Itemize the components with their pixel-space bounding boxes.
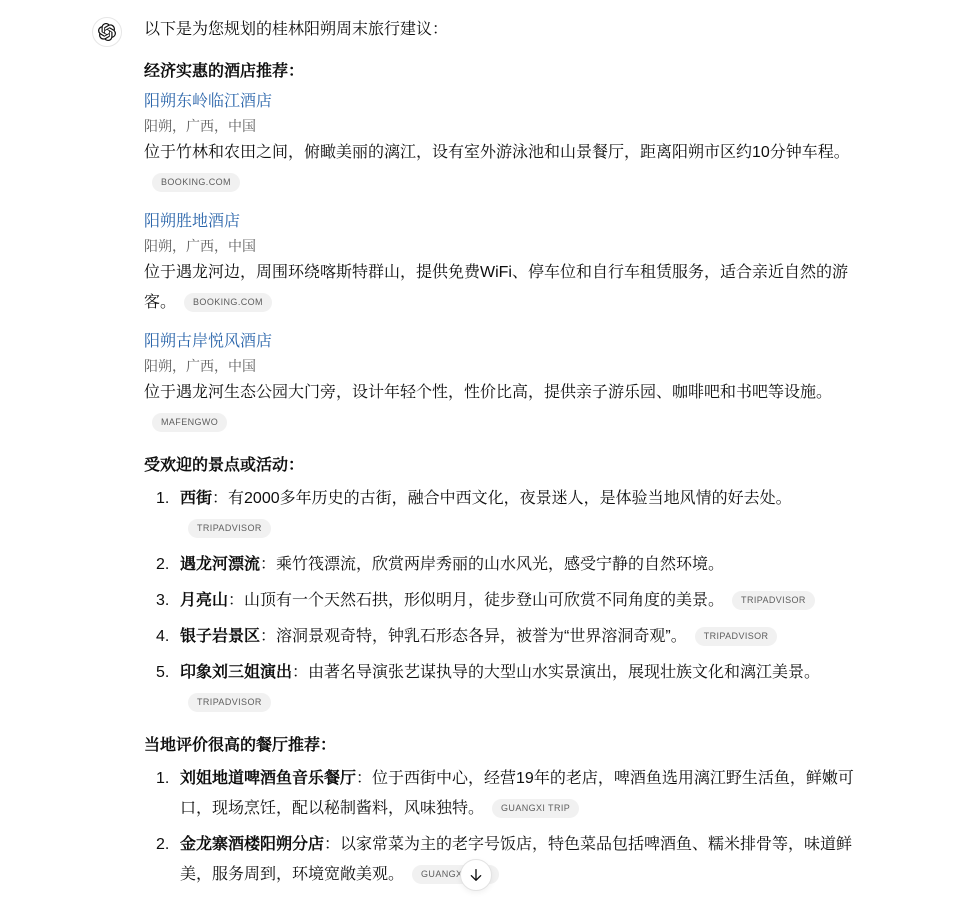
attraction-description: 乘竹筏漂流，欣赏两岸秀丽的山水风光，感受宁静的自然环境。 (276, 556, 724, 573)
citation-badge[interactable]: BOOKING.COM (152, 173, 240, 192)
colon: ： (260, 556, 276, 573)
attraction-description: 山顶有一个天然石拱，形似明月，徒步登山可欣赏不同角度的美景。 (244, 592, 724, 609)
attraction-description: 由著名导演张艺谋执导的大型山水实景演出，展现壮族文化和漓江美景。 (308, 664, 820, 681)
citation-badge[interactable]: TRIPADVISOR (188, 693, 271, 712)
hotel-description: 位于遇龙河生态公园大门旁，设计年轻个性，性价比高，提供亲子游乐园、咖啡吧和书吧等… (144, 378, 856, 438)
citation-badge[interactable]: GUANGXI TRIP (492, 799, 579, 818)
attractions-heading: 受欢迎的景点或活动： (144, 452, 856, 480)
restaurants-heading: 当地评价很高的餐厅推荐： (144, 732, 856, 760)
assistant-avatar (92, 17, 122, 47)
hotel-location: 阳朔，广西，中国 (144, 354, 856, 378)
assistant-message: 以下是为您规划的桂林阳朔周末旅行建议： 经济实惠的酒店推荐： 阳朔东岭临江酒店 … (0, 0, 970, 896)
hotel-card: 阳朔古岸悦风酒店 阳朔，广西，中国 位于遇龙河生态公园大门旁，设计年轻个性，性价… (144, 330, 856, 438)
hotel-link[interactable]: 阳朔胜地酒店 (144, 210, 240, 234)
citation-badge[interactable]: TRIPADVISOR (732, 591, 815, 610)
chatgpt-logo-icon (98, 23, 116, 41)
list-item: 5. 印象刘三姐演出：由著名导演张艺谋执导的大型山水实景演出，展现壮族文化和漓江… (156, 658, 856, 718)
list-marker: 1. (156, 764, 180, 794)
hotel-location: 阳朔，广西，中国 (144, 114, 856, 138)
list-marker: 2. (156, 830, 180, 860)
message-content: 以下是为您规划的桂林阳朔周末旅行建议： 经济实惠的酒店推荐： 阳朔东岭临江酒店 … (144, 16, 856, 896)
colon: ： (212, 490, 228, 507)
attractions-list: 1. 西街：有2000多年历史的古街，融合中西文化，夜景迷人，是体验当地风情的好… (144, 484, 856, 718)
hotel-link[interactable]: 阳朔东岭临江酒店 (144, 90, 272, 114)
list-item: 2. 金龙寨酒楼阳朔分店：以家常菜为主的老字号饭店，特色菜品包括啤酒鱼、糯米排骨… (156, 830, 856, 890)
list-marker: 3. (156, 586, 180, 616)
list-marker: 4. (156, 622, 180, 652)
list-marker: 2. (156, 550, 180, 580)
citation-badge[interactable]: TRIPADVISOR (695, 627, 778, 646)
hotels-heading: 经济实惠的酒店推荐： (144, 58, 856, 86)
attraction-title: 西街 (180, 490, 212, 507)
restaurant-title: 金龙寨酒楼阳朔分店 (180, 836, 324, 853)
attraction-title: 月亮山 (180, 592, 228, 609)
hotel-description: 位于竹林和农田之间，俯瞰美丽的漓江，设有室外游泳池和山景餐厅，距离阳朔市区约10… (144, 138, 856, 198)
colon: ： (260, 628, 276, 645)
hotel-card: 阳朔东岭临江酒店 阳朔，广西，中国 位于竹林和农田之间，俯瞰美丽的漓江，设有室外… (144, 90, 856, 198)
chat-page: 以下是为您规划的桂林阳朔周末旅行建议： 经济实惠的酒店推荐： 阳朔东岭临江酒店 … (0, 0, 970, 907)
hotel-description-text: 位于竹林和农田之间，俯瞰美丽的漓江，设有室外游泳池和山景餐厅，距离阳朔市区约10… (144, 144, 850, 161)
restaurants-list: 1. 刘姐地道啤酒鱼音乐餐厅：位于西街中心，经营19年的老店，啤酒鱼选用漓江野生… (144, 764, 856, 890)
attraction-description: 溶洞景观奇特，钟乳石形态各异，被誉为“世界溶洞奇观”。 (276, 628, 687, 645)
list-item: 1. 刘姐地道啤酒鱼音乐餐厅：位于西街中心，经营19年的老店，啤酒鱼选用漓江野生… (156, 764, 856, 824)
attraction-title: 印象刘三姐演出 (180, 664, 292, 681)
list-item: 1. 西街：有2000多年历史的古街，融合中西文化，夜景迷人，是体验当地风情的好… (156, 484, 856, 544)
hotel-description-text: 位于遇龙河生态公园大门旁，设计年轻个性，性价比高，提供亲子游乐园、咖啡吧和书吧等… (144, 384, 832, 401)
citation-badge[interactable]: MAFENGWO (152, 413, 227, 432)
hotel-link[interactable]: 阳朔古岸悦风酒店 (144, 330, 272, 354)
restaurant-title: 刘姐地道啤酒鱼音乐餐厅 (180, 770, 356, 787)
colon: ： (228, 592, 244, 609)
citation-badge[interactable]: BOOKING.COM (184, 293, 272, 312)
list-item: 3. 月亮山：山顶有一个天然石拱，形似明月，徒步登山可欣赏不同角度的美景。TRI… (156, 586, 856, 616)
citation-badge[interactable]: TRIPADVISOR (188, 519, 271, 538)
hotel-location: 阳朔，广西，中国 (144, 234, 856, 258)
intro-text: 以下是为您规划的桂林阳朔周末旅行建议： (144, 16, 856, 44)
hotel-description: 位于遇龙河边，周围环绕喀斯特群山，提供免费WiFi、停车位和自行车租赁服务，适合… (144, 258, 856, 318)
colon: ： (356, 770, 372, 787)
scroll-to-bottom-button[interactable] (460, 859, 492, 891)
list-marker: 1. (156, 484, 180, 514)
attraction-title: 银子岩景区 (180, 628, 260, 645)
colon: ： (324, 836, 340, 853)
arrow-down-icon (468, 867, 484, 883)
list-item: 4. 银子岩景区：溶洞景观奇特，钟乳石形态各异，被誉为“世界溶洞奇观”。TRIP… (156, 622, 856, 652)
attraction-description: 有2000多年历史的古街，融合中西文化，夜景迷人，是体验当地风情的好去处。 (228, 490, 792, 507)
colon: ： (292, 664, 308, 681)
hotel-card: 阳朔胜地酒店 阳朔，广西，中国 位于遇龙河边，周围环绕喀斯特群山，提供免费WiF… (144, 210, 856, 318)
list-item: 2. 遇龙河漂流：乘竹筏漂流，欣赏两岸秀丽的山水风光，感受宁静的自然环境。 (156, 550, 856, 580)
list-marker: 5. (156, 658, 180, 688)
attraction-title: 遇龙河漂流 (180, 556, 260, 573)
